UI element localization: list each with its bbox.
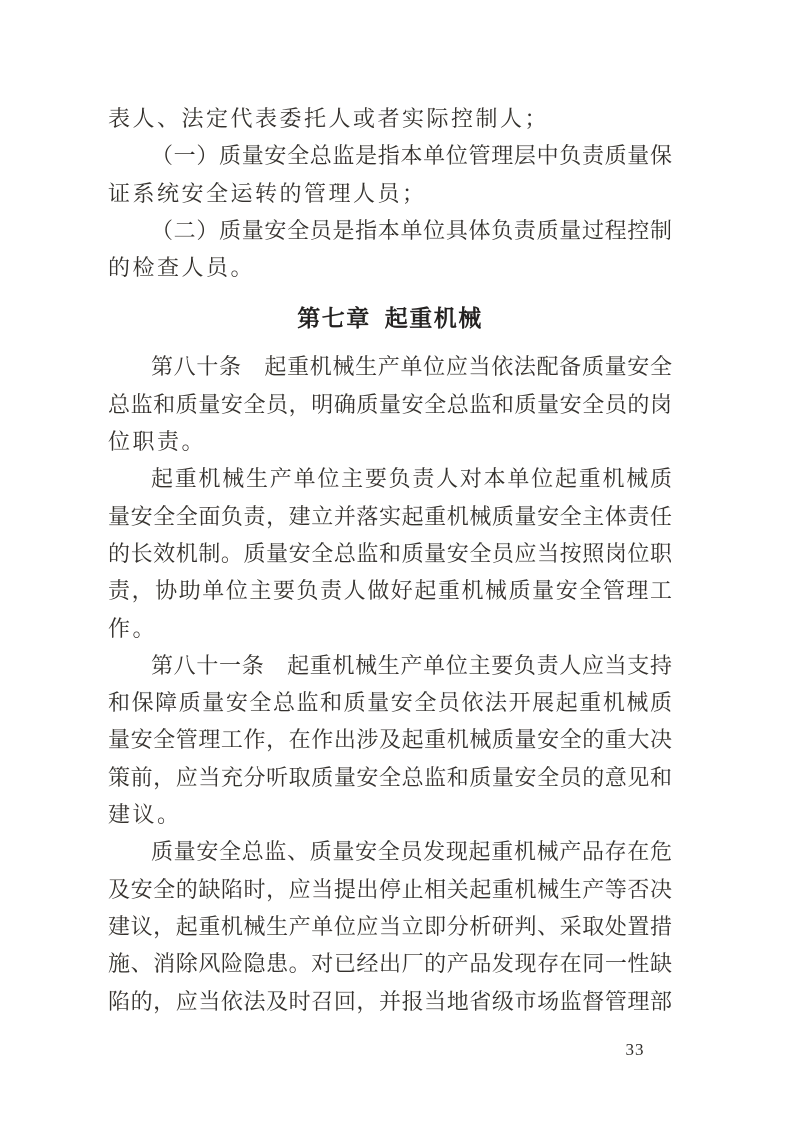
text-line: 第八十条 起重机械生产单位应当依法配备质量安全 <box>108 348 672 385</box>
document-page: 表人、法定代表委托人或者实际控制人； （一）质量安全总监是指本单位管理层中负责质… <box>0 0 793 1122</box>
text-line: 的长效机制。质量安全总监和质量安全员应当按照岗位职 <box>108 535 672 572</box>
text-line: 量安全管理工作，在作出涉及起重机械质量安全的重大决 <box>108 721 672 758</box>
text-line: 建议，起重机械生产单位应当立即分析研判、采取处置措 <box>108 908 672 945</box>
body-text-block: 表人、法定代表委托人或者实际控制人； （一）质量安全总监是指本单位管理层中负责质… <box>108 100 672 1020</box>
text-line: 策前，应当充分听取质量安全总监和质量安全员的意见和 <box>108 759 672 796</box>
text-line: 的检查人员。 <box>108 249 672 286</box>
text-line: 表人、法定代表委托人或者实际控制人； <box>108 100 672 137</box>
text-line: 质量安全总监、质量安全员发现起重机械产品存在危 <box>108 833 672 870</box>
text-line: （二）质量安全员是指本单位具体负责质量过程控制 <box>108 212 672 249</box>
text-line: 陷的，应当依法及时召回，并报当地省级市场监督管理部 <box>108 983 672 1020</box>
text-line: 责，协助单位主要负责人做好起重机械质量安全管理工 <box>108 572 672 609</box>
text-line: 和保障质量安全总监和质量安全员依法开展起重机械质 <box>108 684 672 721</box>
chapter-title: 起重机械 <box>385 305 483 331</box>
page-number: 33 <box>613 1040 657 1060</box>
text-line: 总监和质量安全员，明确质量安全总监和质量安全员的岗 <box>108 386 672 423</box>
text-line: 建议。 <box>108 796 672 833</box>
chapter-heading: 第七章起重机械 <box>108 298 672 338</box>
chapter-number-label: 第七章 <box>297 305 371 331</box>
text-line: 证系统安全运转的管理人员； <box>108 175 672 212</box>
text-line: 施、消除风险隐患。对已经出厂的产品发现存在同一性缺 <box>108 945 672 982</box>
text-line: 起重机械生产单位主要负责人对本单位起重机械质 <box>108 460 672 497</box>
text-line: 及安全的缺陷时，应当提出停止相关起重机械生产等否决 <box>108 871 672 908</box>
text-line: 量安全全面负责，建立并落实起重机械质量安全主体责任 <box>108 498 672 535</box>
text-line: 作。 <box>108 610 672 647</box>
text-line: 位职责。 <box>108 423 672 460</box>
text-line: 第八十一条 起重机械生产单位主要负责人应当支持 <box>108 647 672 684</box>
text-line: （一）质量安全总监是指本单位管理层中负责质量保 <box>108 137 672 174</box>
